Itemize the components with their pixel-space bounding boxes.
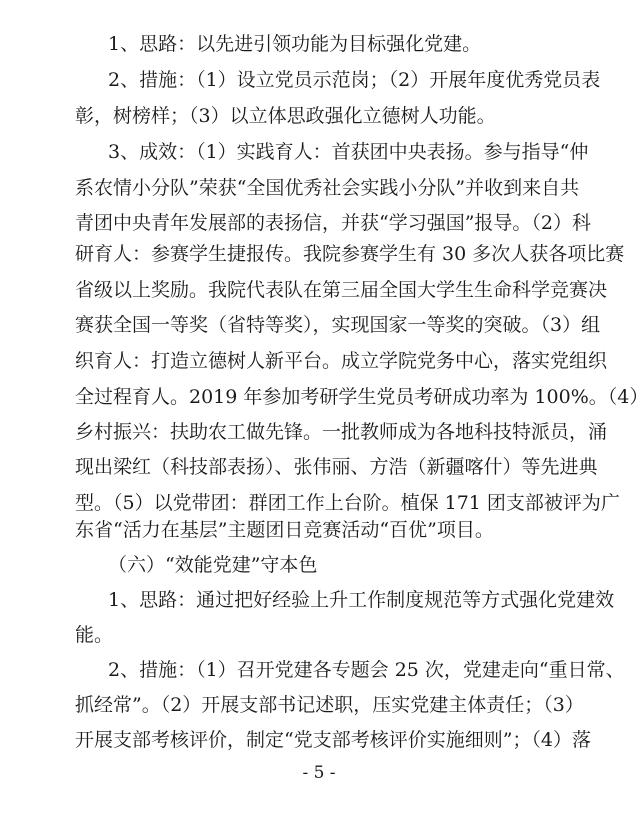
paragraph-results-line: 省级以上奖励。我院代表队在第三届全国大学生生命科学竞赛决 (75, 277, 575, 303)
paragraph-measures-line: 彰，树榜样；（3）以立体思政强化立德树人功能。 (75, 103, 575, 129)
paragraph-thinking-line: 能。 (75, 622, 575, 648)
paragraph-measures-line: 抓经常”。（2）开展支部书记述职，压实党建主体责任；（3） (75, 692, 575, 718)
paragraph-results-line: 东省“活力在基层”主题团日竞赛活动“百优”项目。 (75, 517, 575, 543)
section-heading: （六）“效能党建”守本色 (108, 552, 608, 578)
paragraph-results-line: 型。（5）以党带团：群团工作上台阶。植保 171 团支部被评为广 (75, 490, 575, 516)
paragraph-thinking-line: 1、思路：通过把好经验上升工作制度规范等方式强化党建效 (108, 587, 575, 613)
paragraph-results-line: 研育人：参赛学生捷报传。我院参赛学生有 30 多次人获各项比赛 (75, 241, 575, 267)
document-page: 1、思路：以先进引领功能为目标强化党建。 2、措施：（1）设立党员示范岗；（2）… (0, 0, 638, 825)
paragraph-results-line: 青团中央青年发展部的表扬信，并获“学习强国”报导。（2）科 (75, 210, 575, 236)
paragraph-results-line: 系农情小分队”荣获“全国优秀社会实践小分队”并收到来自共 (75, 175, 575, 201)
page-number: - 5 - (0, 762, 638, 784)
paragraph-results-line: 现出梁红（科技部表扬）、张伟丽、方浩（新疆喀什）等先进典 (75, 454, 575, 480)
paragraph-measures-line: 2、措施：（1）设立党员示范岗；（2）开展年度优秀党员表 (108, 67, 575, 93)
paragraph-results-line: 织育人：打造立德树人新平台。成立学院党务中心，落实党组织 (75, 348, 575, 374)
paragraph-results-line: 赛获全国一等奖（省特等奖），实现国家一等奖的突破。（3）组 (75, 312, 575, 338)
paragraph-results-line: 乡村振兴：扶助农工做先锋。一批教师成为各地科技特派员，涌 (75, 419, 575, 445)
paragraph-measures-line: 2、措施：（1）召开党建各专题会 25 次，党建走向“重日常、 (108, 657, 575, 683)
paragraph-results-line: 3、成效：（1）实践育人：首获团中央表扬。参与指导“仲 (108, 139, 575, 165)
paragraph-measures-line: 开展支部考核评价，制定“党支部考核评价实施细则”；（4）落 (75, 727, 575, 753)
paragraph-results-line: 全过程育人。2019 年参加考研学生党员考研成功率为 100%。（4） (75, 384, 575, 410)
paragraph-thinking-line: 1、思路：以先进引领功能为目标强化党建。 (108, 31, 575, 57)
